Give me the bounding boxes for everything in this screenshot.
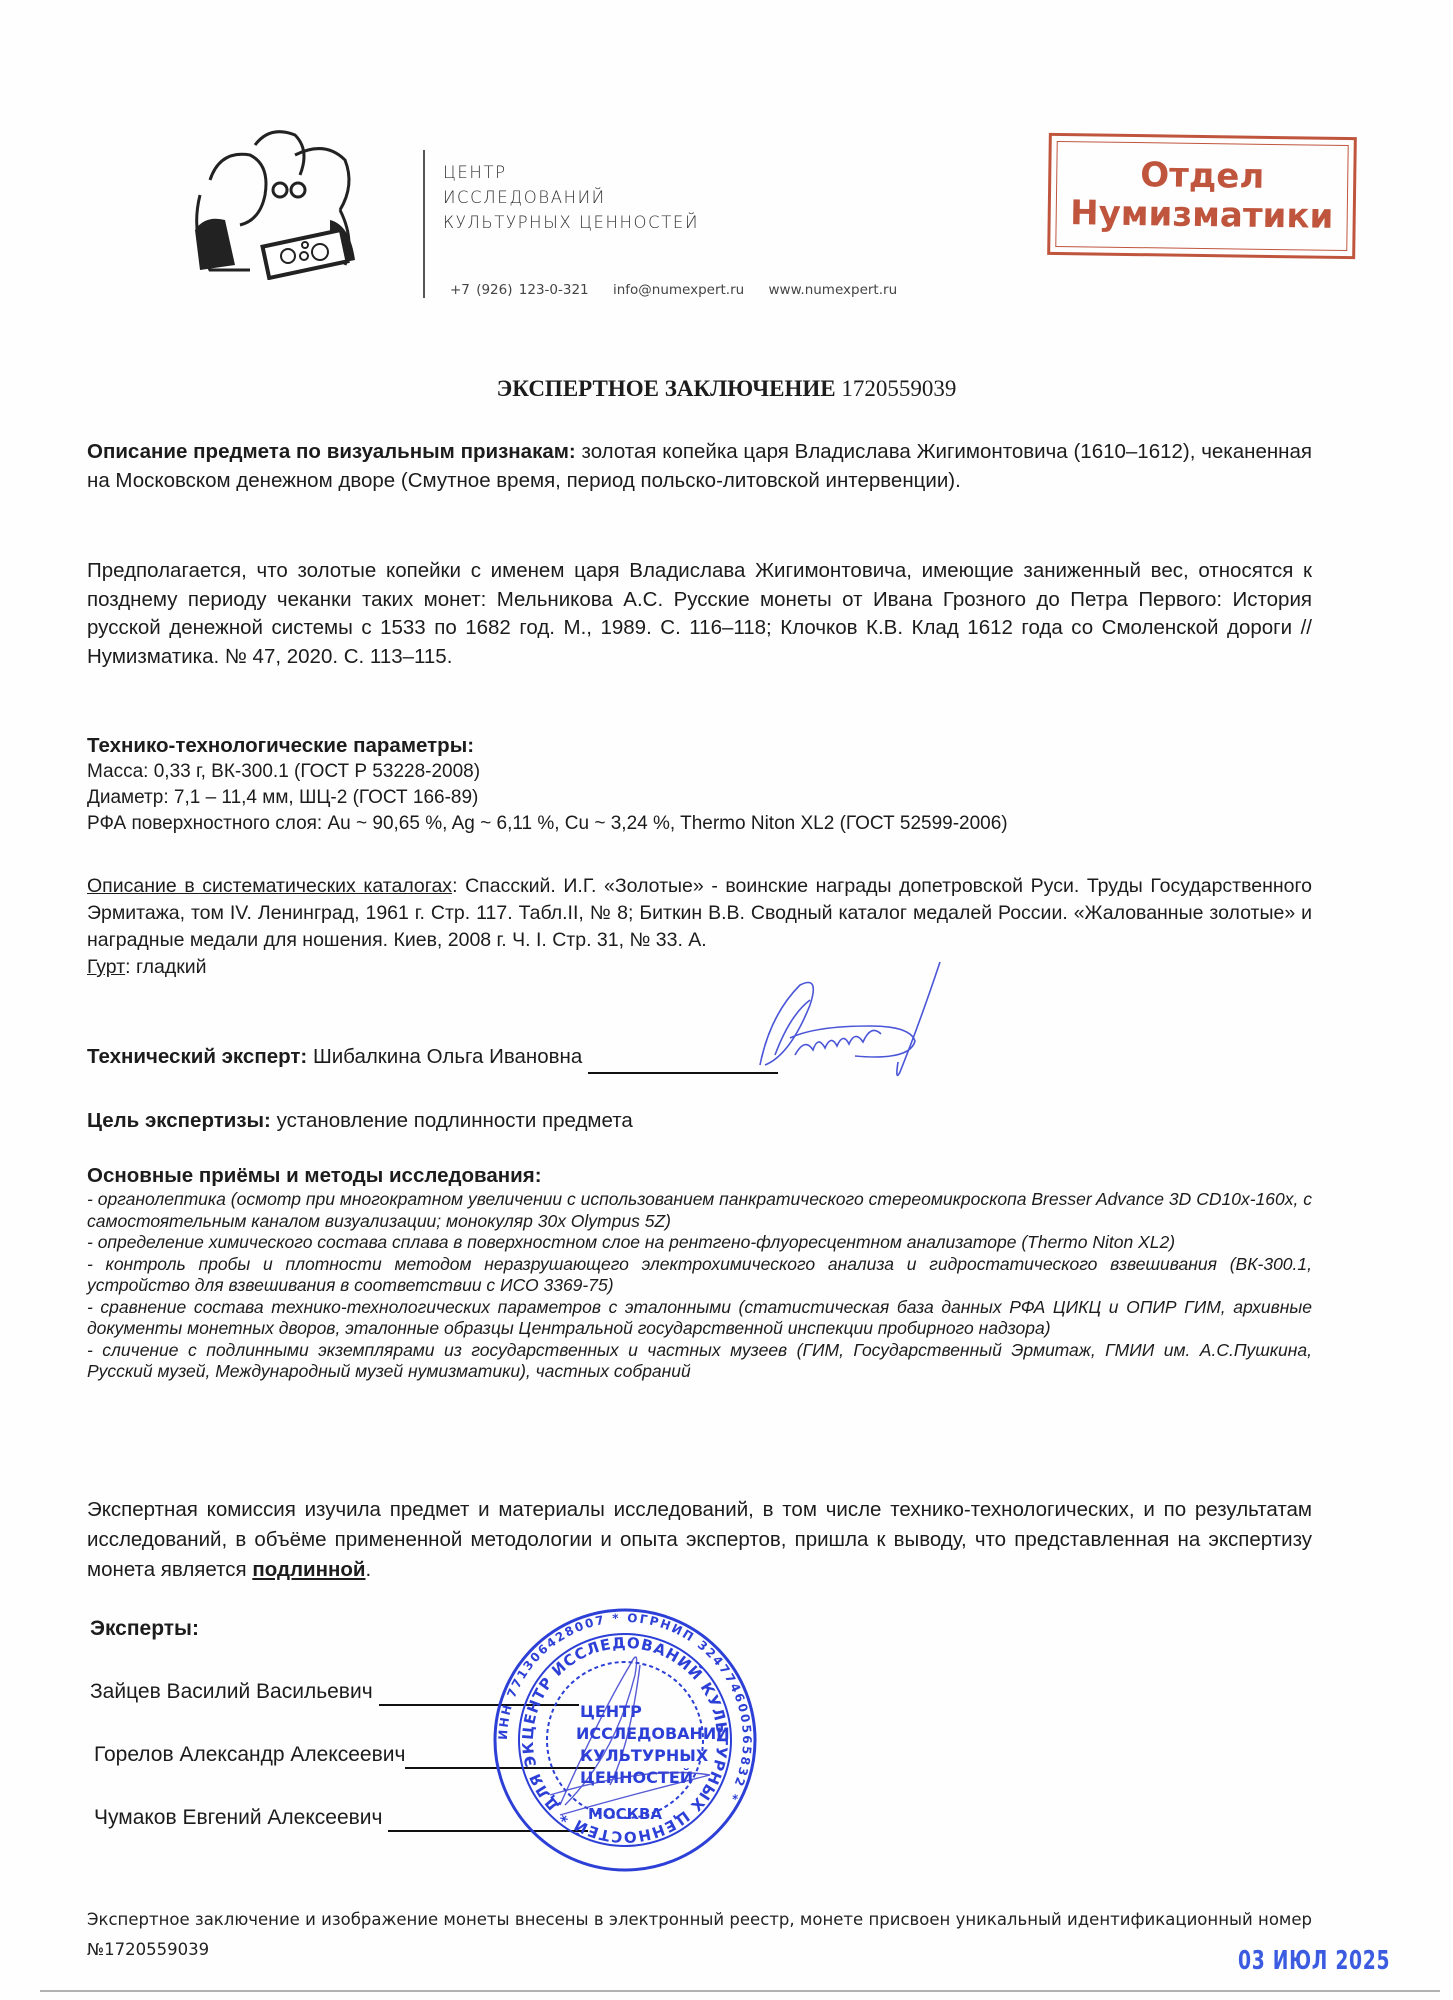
- org-line: ЦЕНТР: [443, 160, 699, 185]
- edge-value: : гладкий: [125, 956, 206, 978]
- contact-line: +7 (926) 123-0-321 info@numexpert.ru www…: [450, 282, 915, 298]
- org-line: КУЛЬТУРНЫХ ЦЕННОСТЕЙ: [443, 210, 699, 235]
- tech-params-heading: Технико-технологические параметры:: [87, 733, 1312, 759]
- description-label: Описание предмета по визуальным признака…: [87, 440, 576, 463]
- method-item: - определение химического состава сплава…: [87, 1232, 1312, 1254]
- conclusion-end: .: [365, 1558, 371, 1581]
- tech-expert-label: Технический эксперт:: [87, 1045, 307, 1068]
- document-title: ЭКСПЕРТНОЕ ЗАКЛЮЧЕНИЕ 1720559039: [0, 376, 1453, 402]
- title-label: ЭКСПЕРТНОЕ ЗАКЛЮЧЕНИЕ: [497, 376, 836, 401]
- purpose-text: установление подлинности предмета: [277, 1109, 633, 1132]
- letterhead-divider: [423, 150, 425, 298]
- handwritten-signature: [740, 960, 980, 1080]
- method-item: - контроль пробы и плотности методом нер…: [87, 1254, 1312, 1297]
- registry-note: Экспертное заключение и изображение моне…: [87, 1905, 1312, 1965]
- verdict: подлинной: [252, 1558, 365, 1581]
- mass-line: Масса: 0,33 г, ВК-300.1 (ГОСТ Р 53228-20…: [87, 759, 1312, 785]
- method-item: - органолептика (осмотр при многократном…: [87, 1189, 1312, 1232]
- expert-name: Зайцев Василий Васильевич: [90, 1680, 373, 1703]
- email-link[interactable]: info@numexpert.ru: [613, 282, 744, 298]
- tech-expert-name: Шибалкина Ольга Ивановна: [313, 1045, 582, 1068]
- method-item: - сличение с подлинными экземплярами из …: [87, 1340, 1312, 1383]
- seal-center: ИССЛЕДОВАНИЙ: [576, 1724, 730, 1743]
- expertise-purpose: Цель экспертизы: установление подлинност…: [87, 1107, 1312, 1136]
- conclusion-paragraph: Экспертная комиссия изучила предмет и ма…: [87, 1495, 1312, 1585]
- methods-heading: Основные приёмы и методы исследования:: [87, 1163, 1312, 1189]
- technical-parameters: Технико-технологические параметры: Масса…: [87, 733, 1312, 837]
- date-stamp: 03 ИЮЛ 2025: [1238, 1946, 1390, 1976]
- assumption-paragraph: Предполагается, что золотые копейки с им…: [87, 557, 1312, 671]
- scan-edge: [40, 1990, 1440, 1992]
- stamp-line: Отдел: [1140, 156, 1265, 196]
- item-description: Описание предмета по визуальным признака…: [87, 438, 1312, 495]
- experts-heading: Эксперты:: [90, 1617, 199, 1641]
- expert-name: Чумаков Евгений Алексеевич: [94, 1806, 382, 1829]
- expert-name: Горелов Александр Алексеевич: [94, 1743, 405, 1766]
- org-line: ИССЛЕДОВАНИЙ: [443, 185, 699, 210]
- seal-city: МОСКВА: [588, 1805, 662, 1823]
- phone[interactable]: +7 (926) 123-0-321: [450, 282, 589, 298]
- xrf-line: РФА поверхностного слоя: Au ~ 90,65 %, A…: [87, 811, 1312, 837]
- technical-expert: Технический эксперт: Шибалкина Ольга Ива…: [87, 1043, 1312, 1074]
- purpose-label: Цель экспертизы:: [87, 1109, 271, 1132]
- catalog-references: Описание в систематических каталогах: Сп…: [87, 873, 1312, 981]
- edge-label: Гурт: [87, 956, 125, 978]
- website-link[interactable]: www.numexpert.ru: [769, 282, 898, 298]
- organization-seal: ИНН 771306428007 * ОГРНИП 32477460056583…: [490, 1605, 760, 1875]
- department-stamp: Отдел Нумизматики: [1047, 133, 1357, 259]
- organization-logo: [180, 120, 380, 280]
- diameter-line: Диаметр: 7,1 – 11,4 мм, ШЦ-2 (ГОСТ 166-8…: [87, 785, 1312, 811]
- organization-name: ЦЕНТР ИССЛЕДОВАНИЙ КУЛЬТУРНЫХ ЦЕННОСТЕЙ: [443, 160, 699, 235]
- certificate-number: 1720559039: [841, 376, 956, 401]
- catalogs-label: Описание в систематических каталогах: [87, 875, 452, 897]
- research-methods: Основные приёмы и методы исследования: -…: [87, 1163, 1312, 1383]
- method-item: - сравнение состава технико-технологичес…: [87, 1297, 1312, 1340]
- stamp-line: Нумизматики: [1070, 193, 1334, 237]
